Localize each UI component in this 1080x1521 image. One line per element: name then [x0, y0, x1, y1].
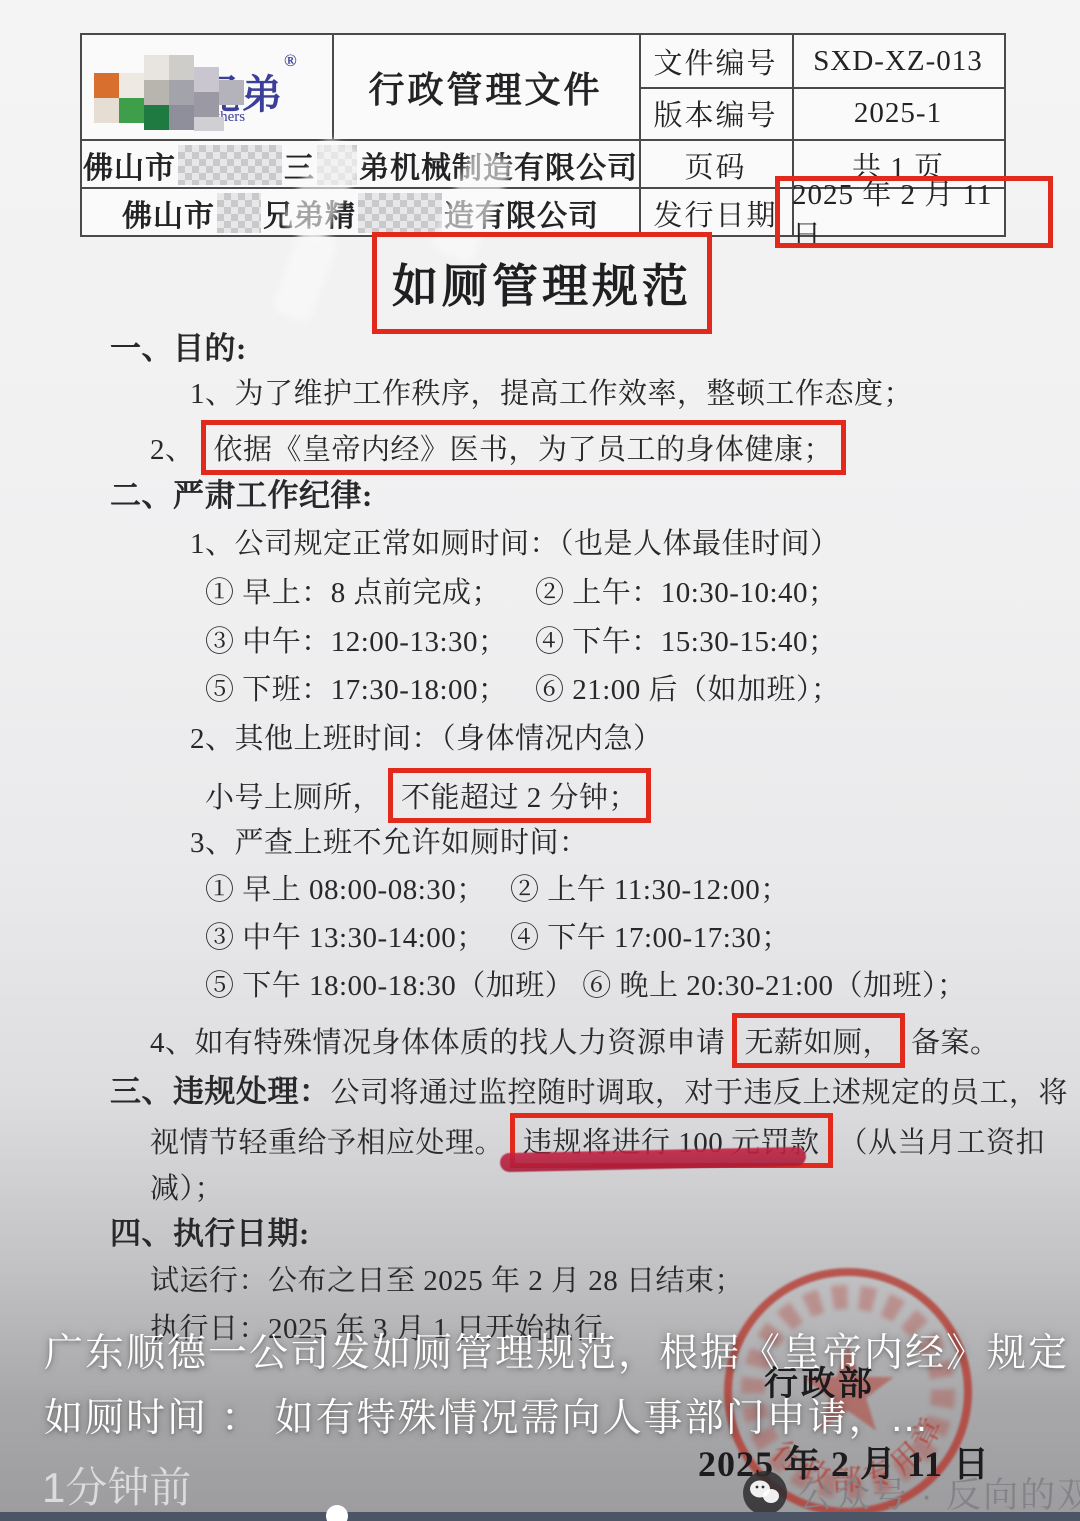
section2-item4: 4、如有特殊情况身体体质的找人力资源申请无薪如厕，备案。 [150, 1013, 1000, 1068]
section2-heading: 二、严肃工作纪律: [110, 470, 373, 515]
toilet-time-row2: ③ 中午：12:00-13:30；④ 下午：15:30-15:40； [205, 619, 838, 660]
logo-censor-mosaic [94, 55, 244, 131]
page-label: 页码 [639, 139, 794, 189]
section2-item2: 2、其他上班时间：（身体情况内急） [190, 716, 663, 757]
company-name-2: 佛山市 兄弟精 造有限公司 [82, 187, 641, 237]
section3-line3: 减）； [150, 1166, 224, 1207]
section1-heading: 一、目的: [110, 323, 247, 368]
highlight-box-issue-date [775, 176, 1053, 248]
logo-registered-mark: ® [284, 51, 297, 71]
section3-line1: 三、违规处理：公司将通过监控随时调取，对于违反上述规定的员工，将 [110, 1066, 1068, 1111]
highlight-box-2min: 不能超过 2 分钟； [388, 768, 651, 823]
section4-line1: 试运行：公布之日至 2025 年 2 月 28 日结束； [150, 1258, 744, 1299]
censor-mosaic [178, 145, 282, 185]
document-title: 如厕管理规范 [392, 250, 692, 316]
watermark: 公众号 · 反向的双 [742, 1468, 1080, 1518]
timestamp: 1分钟前 [42, 1455, 191, 1515]
highlight-box-unpaid: 无薪如厕， [732, 1013, 906, 1068]
censor-mosaic [217, 193, 261, 233]
highlight-box-huangdi: 依据《皇帝内经》医书，为了员工的身体健康； [201, 420, 847, 475]
video-frame: 兄弟 ® ve brothers 行政管理文件 文件编号 SXD-XZ-013 … [0, 0, 1080, 1521]
version-label: 版本编号 [639, 87, 794, 139]
wechat-icon [742, 1470, 788, 1516]
doc-type-title: 行政管理文件 [332, 35, 641, 139]
highlight-box-title: 如厕管理规范 [372, 232, 712, 334]
forbidden-time-row2: ③ 中午 13:30-14:00；④ 下午 17:00-17:30； [205, 915, 791, 956]
watermark-text: 公众号 · 反向的双 [798, 1468, 1080, 1518]
file-no-label: 文件编号 [639, 35, 794, 89]
toilet-time-row1: ① 早上：8 点前完成；② 上午：10:30-10:40； [205, 570, 838, 611]
video-progress-handle[interactable] [326, 1505, 348, 1521]
company-logo-cell: 兄弟 ® ve brothers [82, 35, 334, 139]
video-progress-bar[interactable] [0, 1512, 1080, 1521]
smudge-mark [271, 226, 339, 324]
file-no-value: SXD-XZ-013 [792, 35, 1004, 89]
toilet-time-row3: ⑤ 下班：17:30-18:00；⑥ 21:00 后（如加班）； [205, 667, 841, 708]
section2-item2b: 小号上厕所，不能超过 2 分钟； [205, 768, 657, 823]
section2-item1: 1、公司规定正常如厕时间：（也是人体最佳时间） [190, 521, 840, 562]
section2-item3: 3、严查上班不允许如厕时间： [190, 820, 589, 861]
section4-heading: 四、执行日期: [110, 1208, 310, 1253]
version-value: 2025-1 [792, 87, 1004, 139]
issue-date-label: 发行日期 [639, 187, 794, 237]
forbidden-time-row1: ① 早上 08:00-08:30；② 上午 11:30-12:00； [205, 867, 790, 908]
caption-line1: 广东顺德一公司发如厕管理规范，根据《皇帝内经》规定 [44, 1322, 1069, 1378]
section1-item1: 1、为了维护工作秩序，提高工作效率，整顿工作态度； [190, 371, 913, 412]
forbidden-time-row3: ⑤ 下午 18:00-18:30（加班）⑥ 晚上 20:30-21:00（加班）… [205, 963, 967, 1004]
section1-item2: 2、依据《皇帝内经》医书，为了员工的身体健康； [150, 420, 852, 475]
censor-mosaic [358, 193, 442, 233]
caption-line2: 如厕时间 ： 如有特殊情况需向人事部门申请，… [44, 1387, 931, 1443]
